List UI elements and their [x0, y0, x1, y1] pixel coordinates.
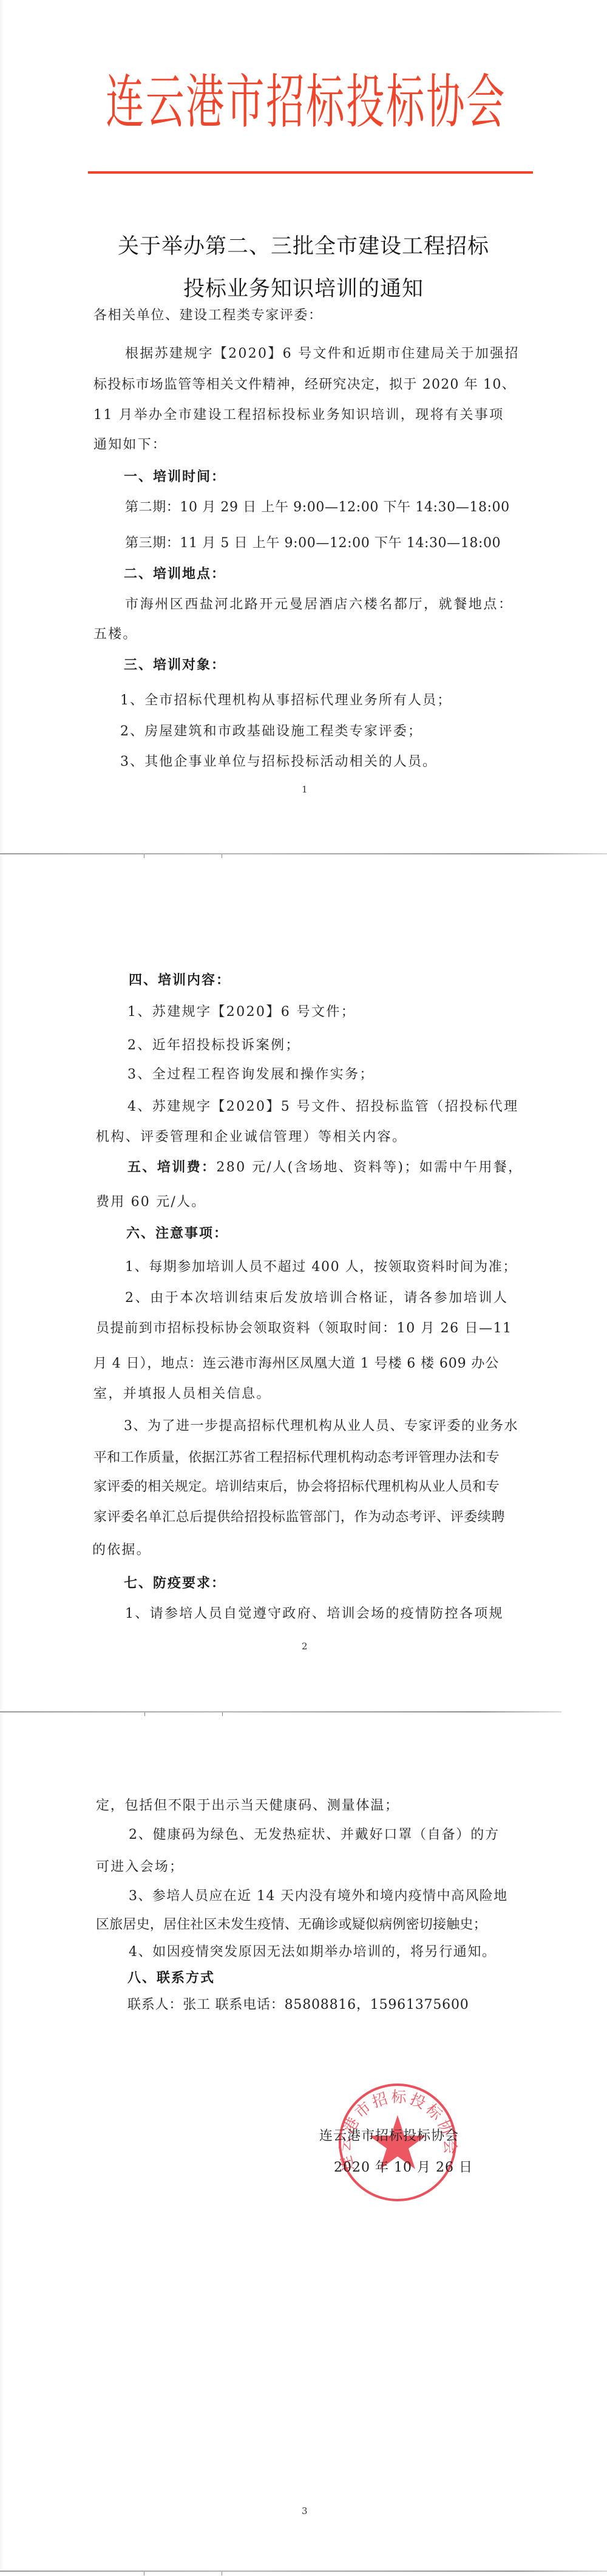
signature-date: 2020 年 10 月 26 日 — [334, 2160, 473, 2176]
fee-line: 费用 60 元/人。 — [96, 1194, 206, 1210]
intro-line: 标投标市场监管等相关文件精神，经研究决定，拟于 2020 年 10、 — [93, 377, 516, 393]
separator-tick — [222, 1712, 223, 1716]
document-scan: 连云港市招标投标协会 关于举办第二、三批全市建设工程招标 投标业务知识培训的通知… — [0, 0, 607, 2576]
salutation: 各相关单位、建设工程类专家评委： — [93, 308, 323, 324]
section-heading-contact: 八、联系方式 — [127, 1971, 215, 1986]
intro-line: 根据苏建规字【2020】6 号文件和近期市住建局关于加强招 — [125, 346, 520, 362]
scan-edge — [0, 0, 4, 853]
epidemic-line: 区旅居史，居住社区未发生疫情、无确诊或疑似病例密切接触史； — [96, 1917, 487, 1933]
epidemic-line: 可进入会场； — [96, 1859, 184, 1875]
scan-edge — [0, 1714, 4, 2570]
epidemic-line: 1、请参培人员自觉遵守政府、培训会场的疫情防控各项规 — [125, 1606, 504, 1622]
section-heading-audience: 三、培训对象： — [124, 658, 226, 673]
page-number: 2 — [302, 1641, 308, 1652]
content-item: 3、全过程工程咨询发展和操作实务； — [127, 1067, 375, 1083]
content-item: 机构、评委管理和企业诚信管理）等相关内容。 — [96, 1130, 407, 1145]
epidemic-line: 2、健康码为绿色、无发热症状、并戴好口罩（自备）的方 — [129, 1827, 500, 1843]
fee-text: 280 元/人(含场地、资料等)；如需中午用餐， — [216, 1160, 523, 1175]
section-heading-time: 一、培训时间： — [124, 469, 226, 485]
page-separator — [0, 2571, 607, 2572]
audience-item: 1、全市招标代理机构从事招标代理业务所有人员； — [120, 693, 452, 709]
epidemic-line: 定，包括但不限于出示当天健康码、测量体温； — [96, 1798, 399, 1814]
epidemic-line: 3、参培人员应在近 14 天内没有境外和境内疫情中高风险地 — [129, 1889, 508, 1904]
epidemic-line: 4、如因疫情突发原因无法如期举办培训的，将另行通知。 — [129, 1944, 497, 1960]
section-heading-location: 二、培训地点： — [124, 567, 226, 582]
location-line: 五楼。 — [93, 627, 138, 642]
schedule-item: 第二期：10 月 29 日 上午 9:00—12:00 下午 14:30—18:… — [125, 500, 510, 516]
section-heading-fee: 五、培训费： — [127, 1160, 216, 1175]
page-separator — [0, 853, 607, 854]
notes-line: 3、为了进一步提高招标代理机构从业人员、专家评委的业务水 — [124, 1419, 518, 1434]
letterhead-red-rule — [88, 171, 533, 174]
notes-line: 2、由于本次培训结束后发放培训合格证，请各参加培训人 — [125, 1290, 509, 1306]
section-heading-notes: 六、注意事项： — [126, 1226, 228, 1242]
notes-line: 的依据。 — [92, 1542, 151, 1558]
separator-tick — [144, 2572, 144, 2575]
notes-line: 室，并填报人员相关信息。 — [93, 1386, 271, 1402]
page-separator — [0, 1711, 561, 1712]
content-item: 2、近年招投标投诉案例； — [127, 1038, 300, 1054]
section-heading-epidemic: 七、防疫要求： — [124, 1576, 226, 1592]
intro-line: 通知如下： — [93, 437, 167, 453]
contact-info: 联系人：张工 联系电话：85808816，15961375600 — [127, 1997, 469, 2013]
document-title-line-1: 关于举办第二、三批全市建设工程招标 — [0, 234, 607, 259]
separator-tick — [222, 854, 222, 858]
document-title-line-2: 投标业务知识培训的通知 — [0, 277, 607, 301]
notes-line: 平和工作质量，依据江苏省工程招标代理机构动态考评管理办法和专 — [93, 1450, 500, 1466]
notes-line: 家评委的相关规定。培训结束后，协会将招标代理机构从业人员和专 — [93, 1479, 500, 1495]
org-letterhead: 连云港市招标投标协会 — [106, 66, 506, 138]
audience-item: 3、其他企事业单位与招标投标活动相关的人员。 — [120, 754, 437, 770]
separator-tick — [144, 854, 144, 858]
separator-tick — [222, 2572, 222, 2575]
scan-edge — [0, 856, 4, 1709]
content-item: 1、苏建规字【2020】6 号文件； — [127, 1004, 356, 1020]
page-number: 1 — [302, 784, 308, 795]
notes-line: 家评委名单汇总后提供给招投标监管部门，作为动态考评、评委续聘 — [93, 1510, 505, 1525]
page-number: 3 — [302, 2506, 308, 2516]
notes-line: 1、每期参加培训人员不超过 400 人，按领取资料时间为准； — [125, 1259, 517, 1275]
schedule-item: 第三期：11 月 5 日 上午 9:00—12:00 下午 14:30—18:0… — [125, 536, 501, 551]
separator-tick — [144, 1712, 145, 1716]
intro-line: 11 月举办全市建设工程招标投标业务知识培训，现将有关事项 — [93, 407, 504, 423]
section-heading-content: 四、培训内容： — [129, 973, 231, 989]
signature-org: 连云港市招标投标协会 — [319, 2128, 459, 2144]
notes-line: 月 4 日），地点：连云港市海州区凤凰大道 1 号楼 6 楼 609 办公 — [93, 1356, 499, 1372]
audience-item: 2、房屋建筑和市政基础设施工程类专家评委； — [120, 724, 422, 740]
notes-line: 员提前到市招标投标协会领取资料（领取时间：10 月 26 日—11 — [96, 1321, 512, 1337]
content-item: 4、苏建规字【2020】5 号文件、招投标监管（招投标代理 — [127, 1099, 519, 1115]
location-line: 市海州区西盐河北路开元曼居酒店六楼名都厅，就餐地点： — [125, 597, 514, 613]
fee-line: 五、培训费：280 元/人(含场地、资料等)；如需中午用餐， — [127, 1160, 523, 1176]
